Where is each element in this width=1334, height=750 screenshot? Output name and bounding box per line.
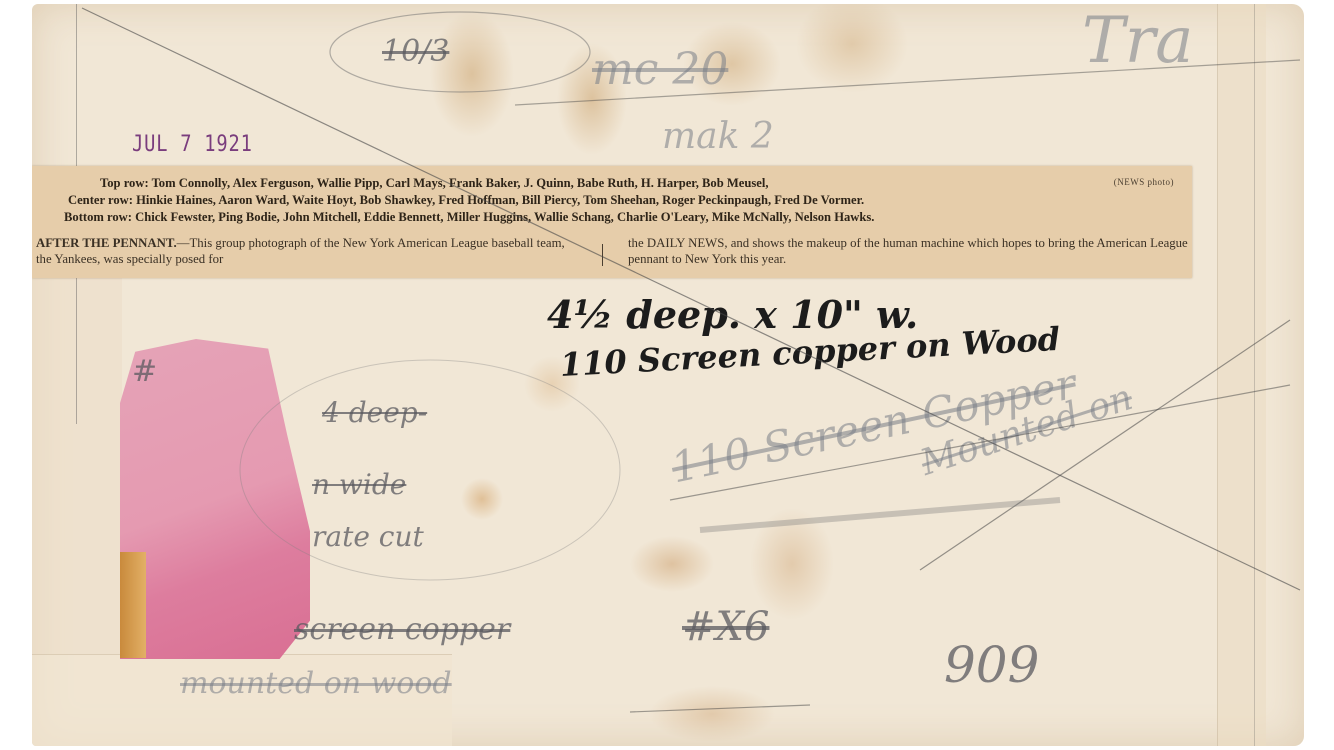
left-note-wide: n wide [312,468,406,501]
center-row: Center row: Hinkie Haines, Aaron Ward, W… [68,192,874,209]
right-tape-strip [1217,4,1266,746]
newspaper-clipping: Top row: Tom Connolly, Alex Ferguson, Wa… [32,166,1192,278]
stamp-year: 1921 [204,132,252,157]
caption-column-2: the DAILY NEWS, and shows the makeup of … [628,235,1188,267]
tape-stain [120,552,146,658]
bottom-row: Bottom row: Chick Fewster, Ping Bodie, J… [64,209,874,226]
caption-heading: AFTER THE PENNANT. [36,236,177,250]
left-note-deep: 4 deep- [322,396,427,429]
left-note-screen: screen copper [294,612,510,647]
stamp-day: 7 [180,132,192,157]
stamp-month: JUL [132,132,168,157]
pencil-margin-line-right [1254,4,1255,746]
top-right-note: Tra [1082,4,1193,78]
struck-number: #X6 [682,604,769,650]
date-stamp: JUL71921 [132,132,265,157]
left-note-mounted: mounted on wood [180,666,452,701]
player-name-rows: Top row: Tom Connolly, Alex Ferguson, Wa… [100,175,874,227]
left-note-cut: rate cut [312,520,424,553]
photo-credit: (NEWS photo) [1114,177,1174,187]
circled-note: 10/3 [382,34,449,69]
top-mid-note: mak 2 [662,116,774,157]
top-row: Top row: Tom Connolly, Alex Ferguson, Wa… [100,175,874,192]
hash-mark: # [132,354,157,389]
catalog-number: 909 [944,636,1039,694]
column-separator [602,244,603,266]
struck-top-note: mc 20 [592,44,728,95]
left-tape-strip [32,274,122,654]
document-card: JUL71921 Top row: Tom Connolly, Alex Fer… [32,4,1304,746]
caption-column-1: AFTER THE PENNANT.—This group photograph… [36,235,576,267]
